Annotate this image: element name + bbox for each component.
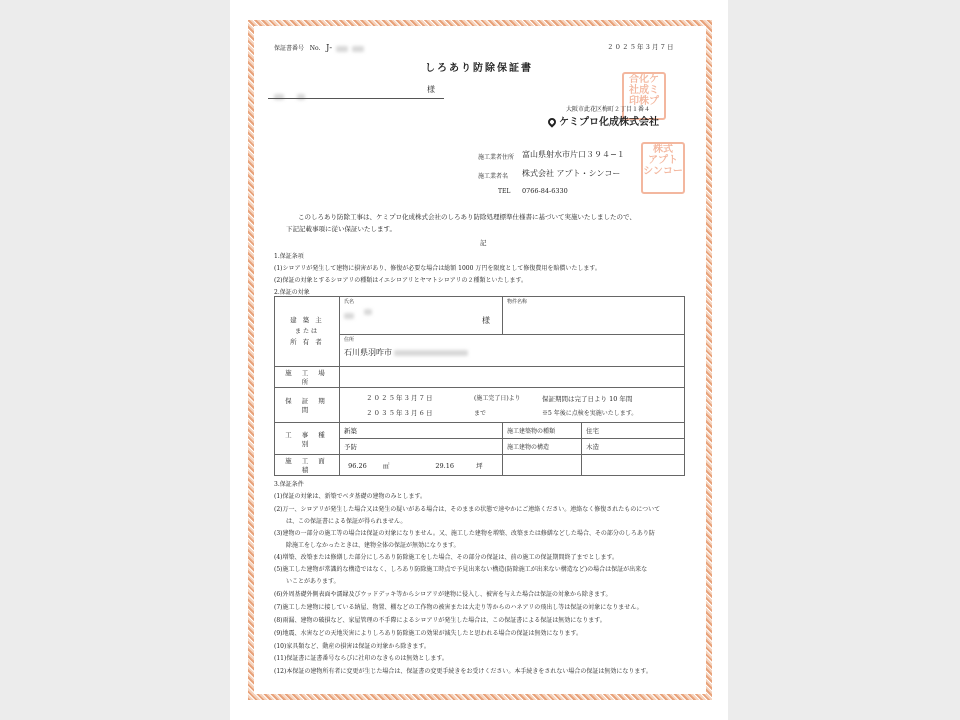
owner-label-line: 建 築 主 [290,316,324,324]
contractor-tel: 0766-84-6330 [522,187,568,195]
condition-item-cont: 除施工をしなかったときは、建物全体の保証が無効になります。 [286,540,460,549]
condition-item: (9)地震、水害などの天地災害によりしろあり防除施工の効果が減失したと思われる場… [274,628,582,637]
condition-item: (10)家具類など、動産の損害は保証の対象から除きます。 [274,641,430,650]
site-value-cell [340,367,685,388]
owner-address-cell: 住所 石川県羽咋市 [340,335,685,367]
issuer-address: 大阪市此花区梅町２丁目１番４ [566,104,650,113]
building-type-label: 施工建築物の種類 [503,423,582,439]
redacted-cert-number [336,46,348,52]
redacted-name [344,313,354,319]
name-caption: 氏名 [344,298,498,305]
condition-item: (1)保証の対象は、新築でベタ基礎の建物のみとします。 [274,491,426,500]
work-type-1: 新築 [340,423,503,439]
work-type-2: 予防 [340,439,503,455]
ki-heading: 記 [480,238,487,247]
redacted-cert-number [352,46,364,52]
owner-address: 石川県羽咋市 [344,347,392,358]
area-cell: 96.26 ㎡ 29.16 坪 [340,455,503,476]
cert-number-prefix: J- [326,43,332,52]
contractor-name-label: 施工業者名 [478,171,508,180]
owner-label: 建 築 主 または 所 有 者 [275,297,340,367]
area-m2-unit: ㎡ [383,462,390,470]
site-label: 施 工 場 所 [275,367,340,388]
redacted-name [364,309,372,315]
section-1-heading: 1.保証条項 [274,251,304,260]
condition-item-cont: いことがあります。 [286,576,340,585]
period-cell: ２０２５年３月７日 (施工完了日)より ２０３５年３月６日 まで 保証期間は完了… [340,388,685,423]
document-title: しろあり防除保証書 [425,59,533,74]
recipient-honorific: 様 [427,84,435,95]
issue-date: ２０２５年３月７日 [607,42,675,51]
condition-item: (8)雨漏、建物の破損など、家屋管理の不手際によるシロアリが発生した場合は、この… [274,615,606,624]
name-honorific: 様 [482,315,490,326]
section-3-heading: 3.保証条件 [274,479,304,488]
period-end-note: まで [474,408,486,417]
cert-number-label: 保証書番号 [274,45,304,52]
condition-item: (6)外周基礎外側表面や濡縁及びウッドデッキ等からシロアリが建物に侵入し、被害を… [274,589,612,598]
structure: 木造 [582,439,685,455]
intro-line-2: 下記記載事項に従い保証いたします。 [286,224,396,233]
condition-item: (12)本保証の建物所有者に変更が生じた場合は、保証書の変更手続きをお受けくださ… [274,666,652,675]
condition-item: (7)施工した建物に接している納屋、物置、棚などの工作物の被害または大走り等から… [274,602,643,611]
building-type: 住宅 [582,423,685,439]
issuer-logo: ケミプロ化成株式会社 [548,113,659,128]
period-end: ２０３５年３月６日 [366,408,434,417]
redacted-address [394,350,468,356]
area-label: 施 工 面 積 [275,455,340,476]
area-tsubo-unit: 坪 [476,462,483,470]
condition-item: (11)保証書に証書番号ならびに社印のなきものは無効とします。 [274,653,448,662]
structure-label: 施工建物の構造 [503,439,582,455]
no-label: No. [310,45,321,52]
contractor-name: 株式会社 アプト・シンコー [522,168,620,179]
condition-item: (2)万一、シロアリが発生した場合又は発生の疑いがある場合は、そのままの状態で速… [274,504,660,513]
condition-item: (3)建物の一部分の施工等の場合は保証の対象になりません。又、施工した建物を増築… [274,528,655,537]
condition-item: (5)施工した建物が常識的な構造ではなく、しろあり防除施工時点で予見出来ない構造… [274,564,647,573]
kemipro-logo-icon [546,116,557,127]
contractor-address: 富山県射水市片口３９４−１ [522,149,625,160]
section-1-item: (1)シロアリが発生して建物に損害があり、修復が必要な場合は総額 1000 万円… [274,263,601,272]
work-type-label: 工 事 種 別 [275,423,340,455]
warranty-document: 保証書番号 No. J- ２０２５年３月７日 しろあり防除保証書 様 合化ケ社成… [230,0,728,720]
issuer-company: ケミプロ化成株式会社 [559,117,659,128]
contractor-tel-label: TEL [498,188,510,195]
address-caption: 住所 [344,336,680,343]
condition-item: (4)増築、改築または修繕した部分にしろあり防除施工をした場合、その部分の保証は… [274,552,618,561]
period-start: ２０２５年３月７日 [366,393,434,402]
empty-cell [503,455,582,476]
owner-name-cell: 氏名 様 [340,297,503,335]
period-start-note: (施工完了日)より [474,393,521,402]
period-remark-1: 保証期間は完了日より 10 年間 [542,394,632,403]
area-tsubo: 29.16 [435,462,454,470]
owner-label-line: 所 有 者 [290,338,324,346]
name-underline [268,98,444,99]
period-remark-2: ※5 年後に点検を実施いたします。 [542,408,637,417]
recipient-name [274,86,305,105]
condition-item-cont: は、この保証書による保証が得られません。 [286,516,406,525]
property-caption: 物件名称 [507,298,680,305]
contractor-seal-stamp: 株式アプトシンコー [641,142,685,194]
intro-line-1: このしろあり防除工事は、ケミプロ化成株式会社のしろあり防除処理標準仕様書に基づい… [298,212,636,221]
owner-label-line: または [295,328,319,335]
period-label: 保 証 期 間 [275,388,340,423]
section-1-item: (2)保証の対象とするシロアリの種類はイエシロアリとヤマトシロアリの２種類といた… [274,275,527,284]
warranty-subject-table: 建 築 主 または 所 有 者 氏名 様 物件名称 住所 石川県羽咋市 施 工 … [274,296,685,476]
cert-number-row: 保証書番号 No. J- [274,43,364,52]
area-m2: 96.26 [348,462,367,470]
property-name-cell: 物件名称 [503,297,685,335]
contractor-address-label: 施工業者住所 [478,152,514,161]
section-2-heading: 2.保証の対象 [274,287,310,296]
empty-cell [582,455,685,476]
